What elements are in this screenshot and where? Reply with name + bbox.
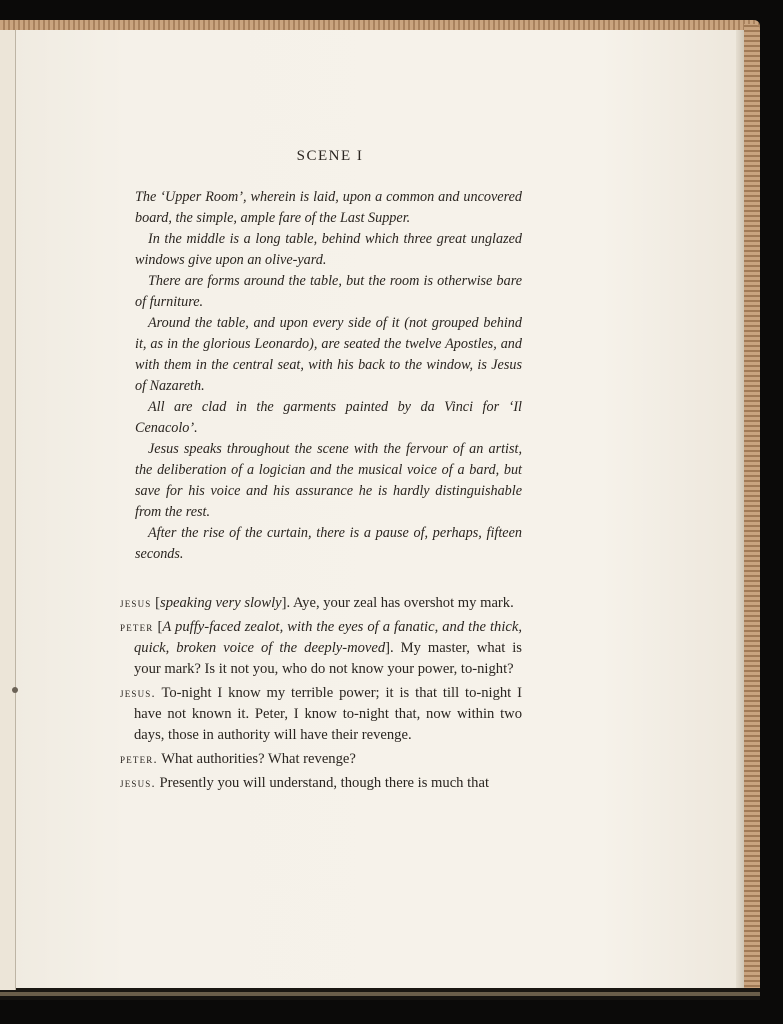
speech-text: ]. Aye, your zeal has overshot my mark. — [282, 595, 514, 611]
page-fore-edge — [736, 30, 744, 988]
page-text: SCENE I The ‘Upper Room’, wherein is lai… — [120, 148, 522, 797]
book-binding-right — [744, 24, 760, 1000]
speech-line: JESUS. To-night I know my terrible power… — [120, 683, 522, 746]
speech-text: Presently you will understand, though th… — [156, 775, 489, 791]
speaker-name: PETER. — [120, 752, 158, 766]
speech-line: JESUS [speaking very slowly]. Aye, your … — [120, 593, 522, 614]
stage-direction-paragraph: The ‘Upper Room’, wherein is laid, upon … — [135, 187, 522, 229]
stage-direction-paragraph: Around the table, and upon every side of… — [135, 313, 522, 397]
inline-direction: speaking very slowly — [160, 595, 282, 611]
previous-page-edge — [0, 30, 16, 990]
stage-direction-paragraph: All are clad in the garments painted by … — [135, 397, 522, 439]
speech-line: PETER. What authorities? What revenge? — [120, 749, 522, 770]
speaker-name: PETER — [120, 620, 154, 634]
stage-direction-paragraph: Jesus speaks throughout the scene with t… — [135, 439, 522, 523]
bracket: [ — [152, 595, 161, 611]
scene-title: SCENE I — [138, 148, 522, 165]
stage-direction-paragraph: In the middle is a long table, behind wh… — [135, 229, 522, 271]
stage-direction-paragraph: After the rise of the curtain, there is … — [135, 523, 522, 565]
page-blemish — [12, 687, 18, 693]
dialogue: JESUS [speaking very slowly]. Aye, your … — [120, 593, 522, 794]
stage-directions: The ‘Upper Room’, wherein is laid, upon … — [135, 187, 522, 565]
speech-line: JESUS. Presently you will understand, th… — [120, 773, 522, 794]
speech-text: What authorities? What revenge? — [158, 751, 356, 767]
stage-direction-paragraph: There are forms around the table, but th… — [135, 271, 522, 313]
speaker-name: JESUS. — [120, 776, 156, 790]
speech-line: PETER [A puffy-faced zealot, with the ey… — [120, 617, 522, 680]
book-binding-bottom — [0, 988, 760, 1000]
speech-text: To-night I know my terrible power; it is… — [134, 685, 522, 743]
speaker-name: JESUS — [120, 596, 152, 610]
speaker-name: JESUS. — [120, 686, 156, 700]
